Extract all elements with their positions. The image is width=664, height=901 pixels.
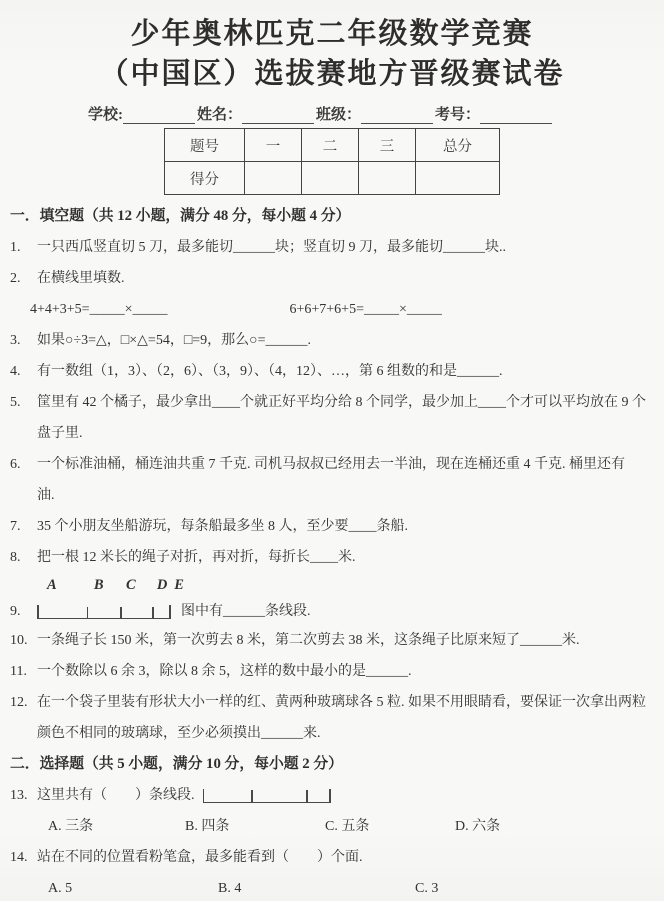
question-number: 10.	[10, 625, 37, 656]
student-info-row: 学校: 姓名： 班级： 考号：	[88, 102, 664, 124]
class-label: 班级：	[316, 103, 361, 124]
question-text: 图中有______条线段.	[181, 599, 311, 625]
question-7: 7. 35 个小朋友坐船游玩，每条船最多坐 8 人，至少要____条船.	[10, 511, 660, 542]
question-number: 12.	[10, 687, 37, 749]
question-text: 如果○÷3=△，□×△=54，□=9，那么○=______.	[37, 325, 311, 356]
question-number: 6.	[10, 449, 37, 511]
score-table-empty-cell	[359, 162, 416, 195]
option-a: A. 5	[48, 873, 218, 901]
exam-paper: 少年奥林匹克二年级数学竞赛 （中国区）选拔赛地方晋级赛试卷 学校: 姓名： 班级…	[0, 0, 664, 901]
equation-right: 6+6+7+6+5=_____×_____	[290, 294, 442, 325]
question-text-line1: 在一个袋子里装有形状大小一样的红、黄两种玻璃球各 5 粒. 如果不用眼睛看，要保…	[37, 687, 646, 718]
tick-mark	[37, 605, 39, 618]
segment-point-labels: A B C D E	[47, 573, 181, 597]
question-text-line2: 盘子里.	[37, 418, 646, 449]
question-4: 4. 有一数组（1，3）、（2，6）、（3，9）、（4，12）、…，第 6 组数…	[10, 356, 660, 387]
score-table-cell-defen: 得分	[165, 162, 245, 195]
class-blank-line	[361, 108, 433, 124]
score-table-cell-section1: 一	[245, 129, 302, 162]
tick-mark	[329, 789, 331, 802]
question-number: 13.	[10, 780, 37, 811]
question-2: 2. 在横线里填数.	[10, 263, 660, 294]
question-text: 在一个袋子里装有形状大小一样的红、黄两种玻璃球各 5 粒. 如果不用眼睛看，要保…	[37, 687, 646, 749]
score-table: 题号 一 二 三 总分 得分	[164, 128, 500, 195]
question-9: A B C D E 9. 图中有______条线段.	[10, 573, 660, 625]
tick-mark	[203, 789, 205, 802]
score-table-empty-cell	[245, 162, 302, 195]
tick-mark	[152, 607, 154, 618]
question-number: 7.	[10, 511, 37, 542]
point-label-b: B	[94, 573, 104, 597]
question-14: 14. 站在不同的位置看粉笔盒，最多能看到（ ）个面.	[10, 842, 660, 873]
question-number: 9.	[10, 599, 37, 625]
question-number: 2.	[10, 263, 37, 294]
score-table-cell-timuhao: 题号	[165, 129, 245, 162]
question-text-line1: 一个标准油桶，桶连油共重 7 千克. 司机马叔叔已经用去一半油，现在连桶还重 4…	[37, 449, 625, 480]
tick-mark	[251, 790, 253, 802]
question-text: 这里共有（ ）条线段.	[37, 780, 195, 811]
school-blank-line	[123, 108, 195, 124]
question-text: 站在不同的位置看粉笔盒，最多能看到（ ）个面.	[37, 842, 363, 873]
question-number: 3.	[10, 325, 37, 356]
equation-left: 4+4+3+5=_____×_____	[30, 294, 286, 325]
tick-mark	[120, 607, 122, 618]
name-label: 姓名：	[197, 103, 242, 124]
paper-body: 一．填空题（共 12 小题，满分 48 分，每小题 4 分） 1. 一只西瓜竖直…	[0, 195, 664, 901]
score-table-empty-cell	[416, 162, 500, 195]
question-number: 4.	[10, 356, 37, 387]
option-c: C. 3	[415, 873, 438, 901]
question-10: 10. 一条绳子长 150 米，第一次剪去 8 米，第二次剪去 38 米，这条绳…	[10, 625, 660, 656]
score-table-score-row: 得分	[165, 162, 500, 195]
point-label-c: C	[126, 573, 136, 597]
section-fill-heading: 一．填空题（共 12 小题，满分 48 分，每小题 4 分）	[10, 201, 660, 232]
name-blank-line	[242, 108, 314, 124]
option-b: B. 四条	[185, 811, 325, 842]
point-label-d: D	[157, 573, 167, 597]
question-text-line2: 油.	[37, 480, 625, 511]
question-3: 3. 如果○÷3=△，□×△=54，□=9，那么○=______.	[10, 325, 660, 356]
question-9-row: 9. 图中有______条线段.	[10, 597, 660, 625]
question-text: 在横线里填数.	[37, 263, 125, 294]
question-text: 35 个小朋友坐船游玩，每条船最多坐 8 人，至少要____条船.	[37, 511, 408, 542]
option-c: C. 五条	[325, 811, 455, 842]
section-choice-heading: 二．选择题（共 5 小题，满分 10 分，每小题 2 分）	[10, 749, 660, 780]
point-label-a: A	[47, 573, 57, 597]
school-label: 学校:	[88, 103, 123, 124]
tick-mark	[306, 790, 308, 802]
question-number: 14.	[10, 842, 37, 873]
exam-no-blank-line	[480, 108, 552, 124]
question-number: 11.	[10, 656, 37, 687]
tick-mark	[169, 605, 171, 618]
question-text: 把一根 12 米长的绳子对折，再对折，每折长____米.	[37, 542, 356, 573]
option-d: D. 六条	[455, 811, 500, 842]
score-table-cell-section2: 二	[302, 129, 359, 162]
question-1: 1. 一只西瓜竖直切 5 刀，最多能切______块；竖直切 9 刀，最多能切_…	[10, 232, 660, 263]
point-label-e: E	[174, 573, 184, 597]
question-text-line2: 颜色不相同的玻璃球，至少必须摸出______来.	[37, 718, 646, 749]
score-table-header-row: 题号 一 二 三 总分	[165, 129, 500, 162]
question-11: 11. 一个数除以 6 余 3，除以 8 余 5，这样的数中最小的是______…	[10, 656, 660, 687]
question-text: 一个数除以 6 余 3，除以 8 余 5，这样的数中最小的是______.	[37, 656, 412, 687]
question-14-options: A. 5 B. 4 C. 3	[48, 873, 660, 901]
question-13-options: A. 三条 B. 四条 C. 五条 D. 六条	[48, 811, 660, 842]
question-number: 8.	[10, 542, 37, 573]
option-a: A. 三条	[48, 811, 185, 842]
question-text-line1: 筐里有 42 个橘子，最少拿出____个就正好平均分给 8 个同学，最少加上__…	[37, 387, 646, 418]
question-2-equations: 4+4+3+5=_____×_____ 6+6+7+6+5=_____×____…	[10, 294, 660, 325]
score-table-cell-section3: 三	[359, 129, 416, 162]
question-8: 8. 把一根 12 米长的绳子对折，再对折，每折长____米.	[10, 542, 660, 573]
question-13: 13. 这里共有（ ）条线段.	[10, 780, 660, 811]
question-text: 筐里有 42 个橘子，最少拿出____个就正好平均分给 8 个同学，最少加上__…	[37, 387, 646, 449]
question-number: 1.	[10, 232, 37, 263]
line-segment-figure	[37, 604, 171, 619]
line-segment-figure	[203, 788, 331, 803]
score-table-empty-cell	[302, 162, 359, 195]
paper-title-line2: （中国区）选拔赛地方晋级赛试卷	[0, 54, 664, 94]
exam-no-label: 考号：	[435, 103, 480, 124]
question-5: 5. 筐里有 42 个橘子，最少拿出____个就正好平均分给 8 个同学，最少加…	[10, 387, 660, 449]
tick-mark	[87, 607, 89, 618]
question-text: 一条绳子长 150 米，第一次剪去 8 米，第二次剪去 38 米，这条绳子比原来…	[37, 625, 580, 656]
question-text: 一只西瓜竖直切 5 刀，最多能切______块；竖直切 9 刀，最多能切____…	[37, 232, 506, 263]
paper-title-line1: 少年奥林匹克二年级数学竞赛	[0, 14, 664, 54]
score-table-cell-total: 总分	[416, 129, 500, 162]
question-6: 6. 一个标准油桶，桶连油共重 7 千克. 司机马叔叔已经用去一半油，现在连桶还…	[10, 449, 660, 511]
question-text: 有一数组（1，3）、（2，6）、（3，9）、（4，12）、…，第 6 组数的和是…	[37, 356, 503, 387]
question-12: 12. 在一个袋子里装有形状大小一样的红、黄两种玻璃球各 5 粒. 如果不用眼睛…	[10, 687, 660, 749]
question-number: 5.	[10, 387, 37, 449]
question-text: 一个标准油桶，桶连油共重 7 千克. 司机马叔叔已经用去一半油，现在连桶还重 4…	[37, 449, 625, 511]
option-b: B. 4	[218, 873, 415, 901]
